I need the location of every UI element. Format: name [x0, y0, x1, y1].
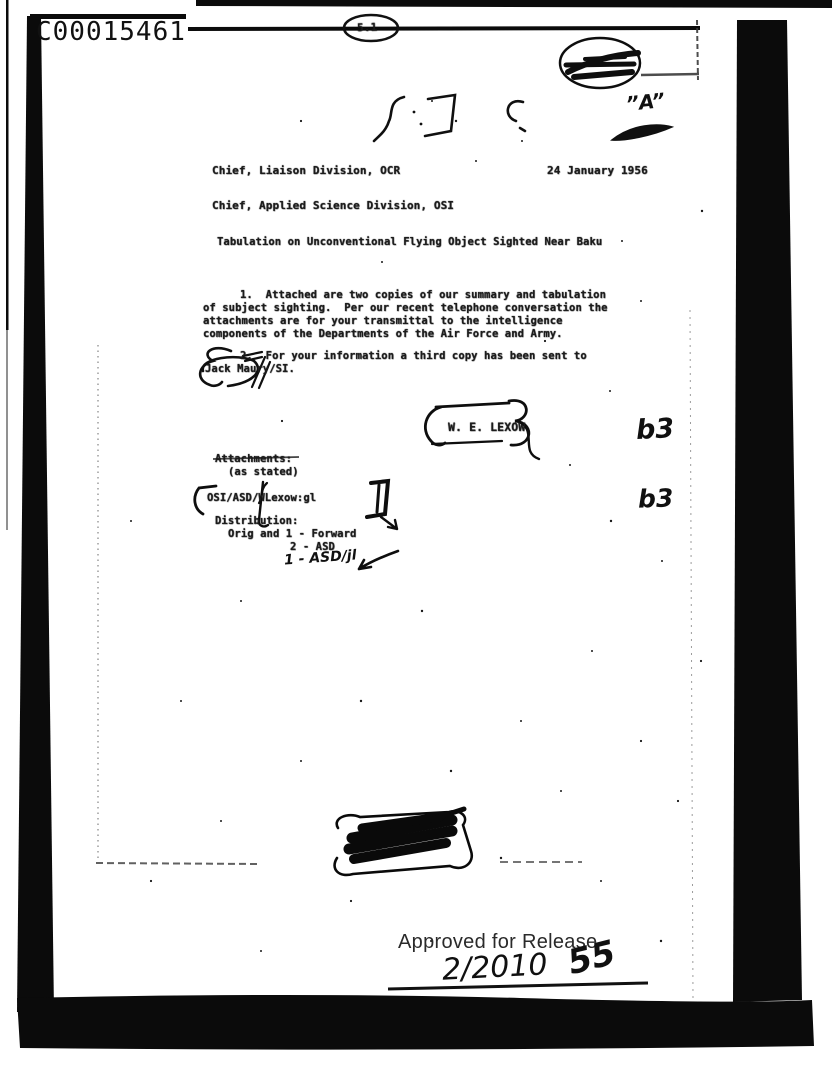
paragraph-line: Jack Maury/SI.: [205, 363, 587, 376]
release-date-underline: [388, 983, 648, 989]
pen-swoosh: [612, 125, 672, 140]
b3-exemption-note-lower: b3: [638, 483, 674, 513]
corner-mark-horizontal: [641, 74, 699, 75]
inner-page-edge-right: [690, 310, 693, 1000]
pen-left-bracket: [374, 97, 404, 141]
scan-border-top: [196, 0, 832, 8]
distribution-label: Distribution:: [215, 515, 298, 527]
scan-border-left-thin-fade: [6, 330, 8, 530]
inner-page-edge-bottom-left: [96, 863, 258, 864]
distribution-check-mark: [359, 551, 398, 569]
circled-redaction-stamp: [560, 38, 640, 88]
pen-right-bracket: [425, 95, 455, 136]
attachments-label: Attachments:: [215, 453, 292, 465]
redaction-scribble: [335, 809, 472, 875]
header-rule-line: [188, 26, 700, 31]
release-date-handwritten: 2/2010: [441, 947, 548, 987]
memo-paragraph-2: 2. For your information a third copy has…: [205, 350, 587, 376]
paragraph-line: attachments are for your transmittal to …: [203, 315, 608, 328]
scan-artwork: [0, 0, 832, 1080]
scan-border-right-bar: [733, 20, 802, 1002]
memo-to-line: Chief, Liaison Division, OCR: [212, 164, 400, 177]
memo-subject-line: Tabulation on Unconventional Flying Obje…: [217, 236, 602, 248]
scan-border: [6, 0, 832, 1050]
corner-mark-vertical: [697, 20, 698, 80]
paragraph-line: 2. For your information a third copy has…: [205, 350, 587, 363]
document-id: C00015461: [36, 17, 186, 47]
distribution-line-1: Orig and 1 - Forward: [228, 528, 356, 540]
paragraph-line: 1. Attached are two copies of our summar…: [203, 289, 608, 302]
scan-border-bottom-bar: [17, 995, 814, 1050]
memo-from-line: Chief, Applied Science Division, OSI: [212, 199, 454, 212]
signature-name: W. E. LEXOW: [448, 420, 525, 434]
b3-exemption-note-upper: b3: [635, 413, 675, 446]
routing-arrow: [381, 517, 397, 529]
scan-border-left-thin: [6, 0, 9, 330]
memo-paragraph-1: 1. Attached are two copies of our summar…: [203, 289, 608, 341]
paragraph-line: components of the Departments of the Air…: [203, 328, 608, 341]
pen-c-squiggle: [508, 101, 525, 131]
scan-border-left-bar: [17, 16, 54, 1012]
attachments-value: (as stated): [228, 466, 299, 478]
paragraph-line: of subject sighting. Per our recent tele…: [203, 302, 608, 315]
handwritten-letter-a: ”A”: [625, 88, 666, 116]
memo-date: 24 January 1956: [547, 164, 648, 177]
routing-code: OSI/ASD/WLexow:gl: [207, 492, 316, 504]
scanned-memo-page: C00015461 5.1 Chief, Liaison Division, O…: [0, 0, 832, 1080]
classification-stamp-text: 5.1: [357, 21, 378, 35]
